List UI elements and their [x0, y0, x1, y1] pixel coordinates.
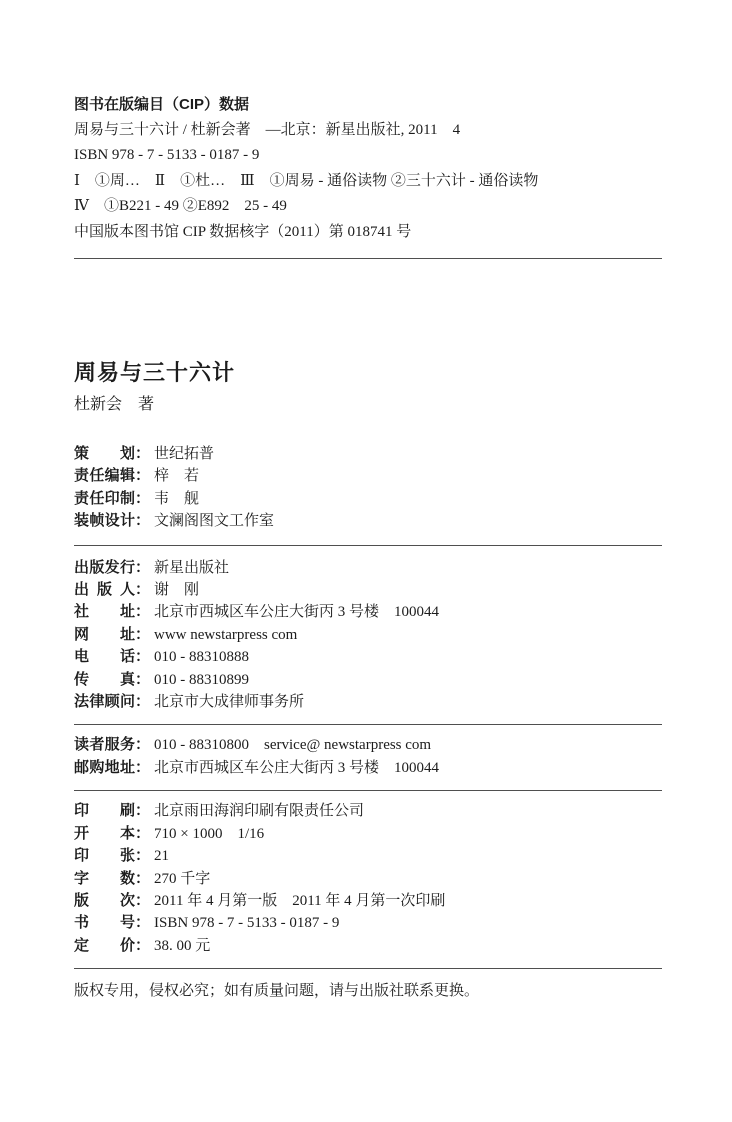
row-label: 社址 [74, 601, 135, 623]
row-label: 印张 [74, 845, 135, 867]
row-value: 010 - 88310800 service@ newstarpress com [154, 734, 431, 756]
reader-row: 读者服务：010 - 88310800 service@ newstarpres… [74, 734, 662, 756]
row-label: 法律顾问 [74, 691, 135, 713]
row-colon: ： [135, 912, 150, 934]
section-divider [74, 790, 662, 791]
row-label: 装帧设计 [74, 510, 135, 532]
row-colon: ： [135, 488, 150, 510]
row-colon: ： [135, 601, 150, 623]
row-label: 出版人 [74, 579, 135, 601]
row-label: 字数 [74, 868, 135, 890]
row-colon: ： [135, 624, 150, 646]
row-label: 印刷 [74, 800, 135, 822]
cip-line-classification-2: Ⅳ ①B221 - 49 ②E892 25 - 49 [74, 194, 662, 220]
reader-row: 邮购地址：北京市西城区车公庄大街丙 3 号楼 100044 [74, 757, 662, 779]
row-value: 文澜阁图文工作室 [154, 510, 274, 532]
publisher-row: 电话：010 - 88310888 [74, 646, 662, 668]
row-label: 邮购地址 [74, 757, 135, 779]
printing-row: 书号：ISBN 978 - 7 - 5133 - 0187 - 9 [74, 912, 662, 934]
publisher-row: 出版人：谢 刚 [74, 579, 662, 601]
row-value: 北京市西城区车公庄大街丙 3 号楼 100044 [154, 757, 439, 779]
row-colon: ： [135, 868, 150, 890]
row-colon: ： [135, 800, 150, 822]
credits-row: 责任编辑：梓 若 [74, 465, 662, 487]
row-value: 21 [154, 845, 169, 867]
cip-line-isbn: ISBN 978 - 7 - 5133 - 0187 - 9 [74, 143, 662, 169]
title-block: 周易与三十六计 杜新会 著 [74, 358, 662, 417]
row-colon: ： [135, 691, 150, 713]
cip-line-classification-1: Ⅰ ①周… Ⅱ ①杜… Ⅲ ①周易 - 通俗读物 ②三十六计 - 通俗读物 [74, 169, 662, 195]
row-colon: ： [135, 646, 150, 668]
publisher-row: 网址：www newstarpress com [74, 624, 662, 646]
row-label: 电话 [74, 646, 135, 668]
book-author: 杜新会 著 [74, 393, 662, 417]
row-label: 版次 [74, 890, 135, 912]
row-label: 责任编辑 [74, 465, 135, 487]
printing-row: 印刷：北京雨田海润印刷有限责任公司 [74, 800, 662, 822]
row-value: ISBN 978 - 7 - 5133 - 0187 - 9 [154, 912, 339, 934]
printing-row: 版次：2011 年 4 月第一版 2011 年 4 月第一次印刷 [74, 890, 662, 912]
row-value: 谢 刚 [154, 579, 199, 601]
row-colon: ： [135, 465, 150, 487]
copyright-notice: 版权专用，侵权必究；如有质量问题，请与出版社联系更换。 [74, 980, 662, 1002]
copyright-page: 图书在版编目（CIP）数据 周易与三十六计 / 杜新会著 —北京：新星出版社, … [74, 92, 662, 1002]
book-title: 周易与三十六计 [74, 358, 662, 388]
section-divider [74, 724, 662, 725]
row-value: 010 - 88310899 [154, 669, 249, 691]
credits-row: 装帧设计：文澜阁图文工作室 [74, 510, 662, 532]
row-value: 710 × 1000 1/16 [154, 823, 264, 845]
printing-row: 开本：710 × 1000 1/16 [74, 823, 662, 845]
row-value: 北京雨田海润印刷有限责任公司 [154, 800, 364, 822]
row-colon: ： [135, 935, 150, 957]
row-label: 读者服务 [74, 734, 135, 756]
row-label: 定价 [74, 935, 135, 957]
row-label: 策划 [74, 443, 135, 465]
printing-row: 字数：270 千字 [74, 868, 662, 890]
row-label: 责任印制 [74, 488, 135, 510]
row-colon: ： [135, 443, 150, 465]
row-value: 270 千字 [154, 868, 210, 890]
cip-line-title: 周易与三十六计 / 杜新会著 —北京：新星出版社, 2011 4 [74, 118, 662, 144]
row-label: 开本 [74, 823, 135, 845]
row-value: 010 - 88310888 [154, 646, 249, 668]
row-colon: ： [135, 845, 150, 867]
row-label: 网址 [74, 624, 135, 646]
row-value: www newstarpress com [154, 624, 297, 646]
publisher-row: 法律顾问：北京市大成律师事务所 [74, 691, 662, 713]
row-colon: ： [135, 823, 150, 845]
section-divider [74, 968, 662, 969]
printing-row: 印张：21 [74, 845, 662, 867]
row-value: 北京市西城区车公庄大街丙 3 号楼 100044 [154, 601, 439, 623]
row-colon: ： [135, 510, 150, 532]
row-colon: ： [135, 669, 150, 691]
row-colon: ： [135, 557, 150, 579]
row-colon: ： [135, 757, 150, 779]
row-value: 新星出版社 [154, 557, 229, 579]
cip-line-record-number: 中国版本图书馆 CIP 数据核字（2011）第 018741 号 [74, 220, 662, 246]
row-colon: ： [135, 734, 150, 756]
row-value: 北京市大成律师事务所 [154, 691, 304, 713]
credits-section: 策划：世纪拓普 责任编辑：梓 若 责任印制：韦 舰 装帧设计：文澜阁图文工作室 [74, 443, 662, 533]
cip-block: 图书在版编目（CIP）数据 周易与三十六计 / 杜新会著 —北京：新星出版社, … [74, 92, 662, 245]
row-label: 传真 [74, 669, 135, 691]
section-divider [74, 545, 662, 546]
publisher-row: 传真：010 - 88310899 [74, 669, 662, 691]
row-label: 出版发行 [74, 557, 135, 579]
row-label: 书号 [74, 912, 135, 934]
reader-service-section: 读者服务：010 - 88310800 service@ newstarpres… [74, 734, 662, 779]
printing-row: 定价：38. 00 元 [74, 935, 662, 957]
credits-row: 策划：世纪拓普 [74, 443, 662, 465]
publisher-section: 出版发行：新星出版社 出版人：谢 刚 社址：北京市西城区车公庄大街丙 3 号楼 … [74, 557, 662, 714]
row-value: 梓 若 [154, 465, 199, 487]
row-value: 38. 00 元 [154, 935, 210, 957]
row-colon: ： [135, 579, 150, 601]
publisher-row: 出版发行：新星出版社 [74, 557, 662, 579]
section-divider [74, 258, 662, 259]
credits-row: 责任印制：韦 舰 [74, 488, 662, 510]
row-value: 韦 舰 [154, 488, 199, 510]
printing-section: 印刷：北京雨田海润印刷有限责任公司 开本：710 × 1000 1/16 印张：… [74, 800, 662, 957]
row-value: 世纪拓普 [154, 443, 214, 465]
cip-heading: 图书在版编目（CIP）数据 [74, 92, 662, 118]
row-colon: ： [135, 890, 150, 912]
row-value: 2011 年 4 月第一版 2011 年 4 月第一次印刷 [154, 890, 445, 912]
publisher-row: 社址：北京市西城区车公庄大街丙 3 号楼 100044 [74, 601, 662, 623]
